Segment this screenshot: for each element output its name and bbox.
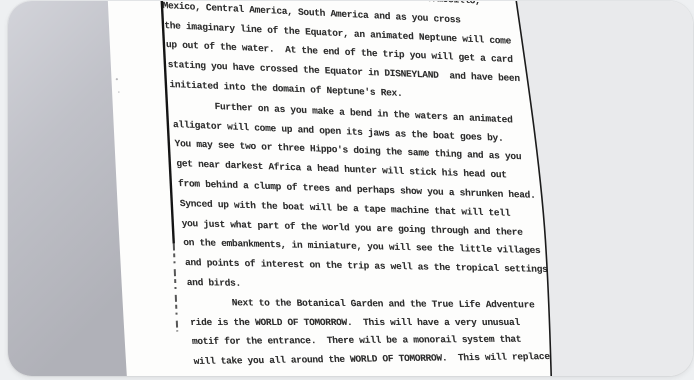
scanner-backdrop-left <box>8 1 127 376</box>
scan-speck <box>116 78 118 80</box>
page-left-edge-line-faded <box>174 243 177 331</box>
page-text: to Hermosillo, Mexico, Central America, … <box>160 1 675 372</box>
scan-speck <box>118 91 120 93</box>
scanned-document-card: to Hermosillo, Mexico, Central America, … <box>8 1 693 376</box>
